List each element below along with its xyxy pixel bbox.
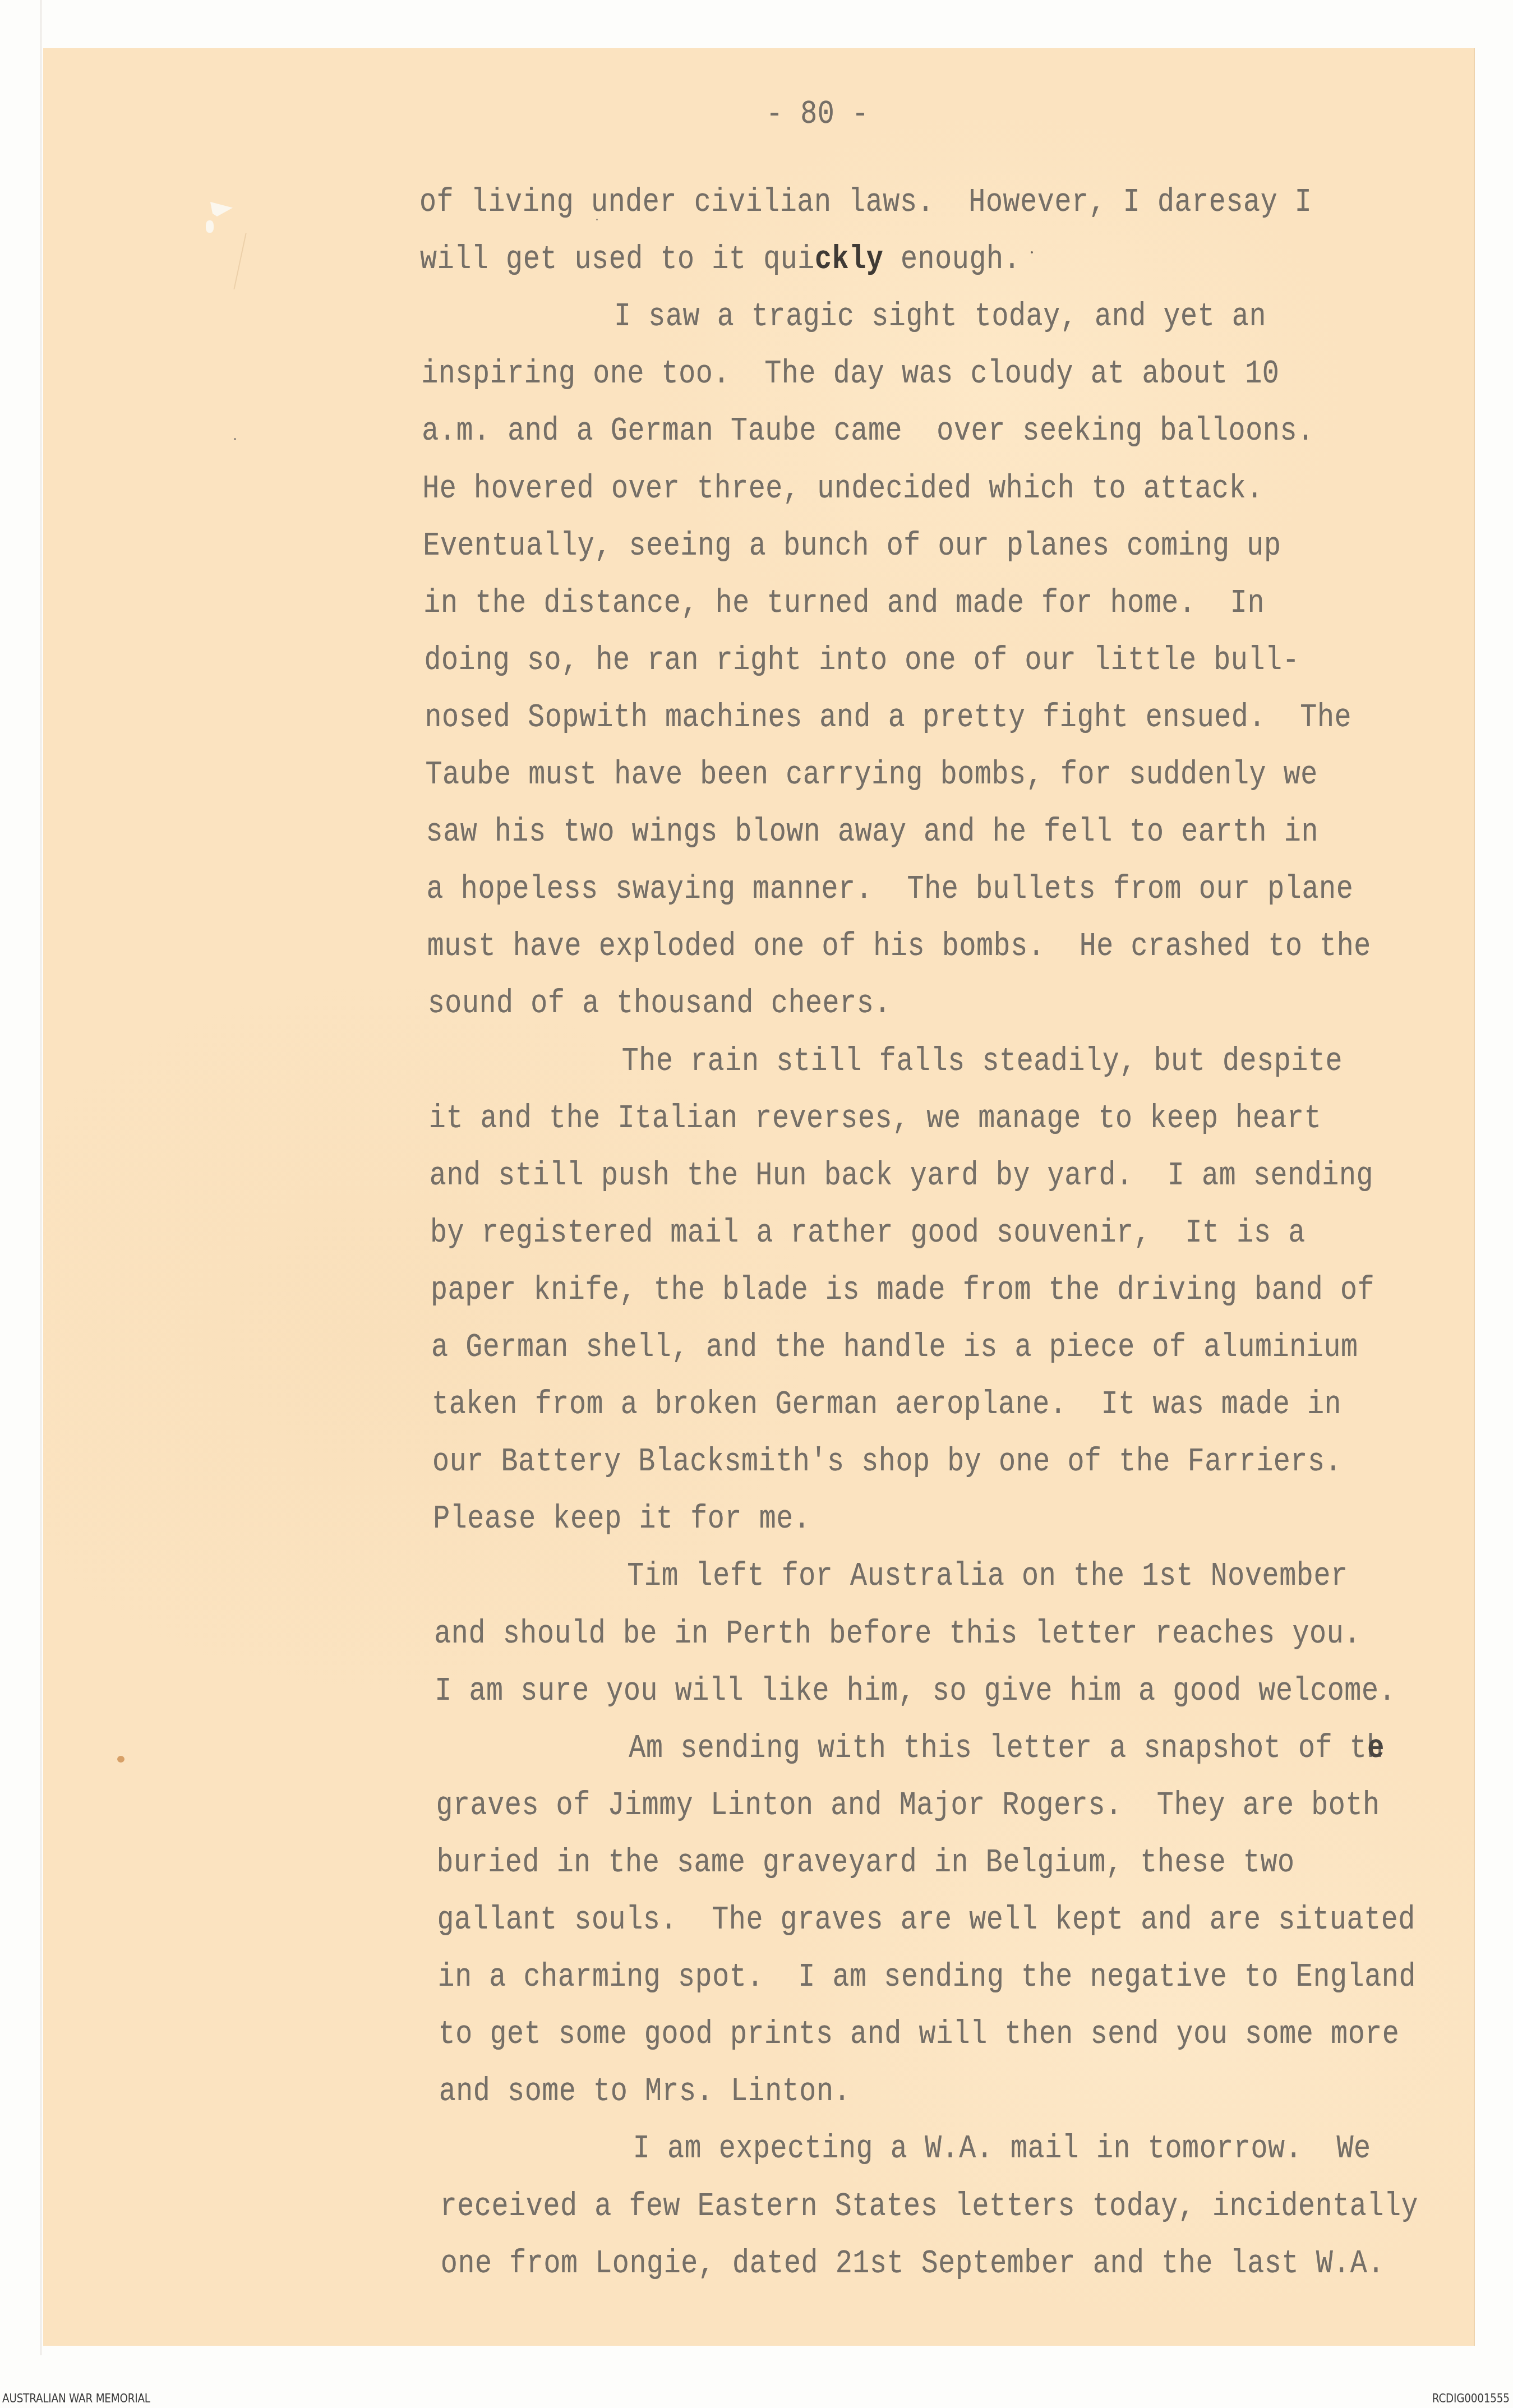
paper-tear: [210, 202, 233, 216]
paper-crease: [233, 233, 263, 289]
paragraph-first-line: I saw a tragic sight today, and yet an: [614, 298, 1266, 338]
text-line: must have exploded one of his bombs. He …: [427, 928, 1371, 967]
text-line: will get used to it quickly enough.: [420, 241, 1021, 280]
text-segment: Am sending with this letter a snapshot o…: [629, 1729, 1367, 1767]
overstrike-character: e: [1367, 1729, 1385, 1769]
retyped-text: ckly: [815, 241, 883, 279]
text-line: He hovered over three, undecided which t…: [422, 469, 1263, 509]
text-line: Eventually, seeing a bunch of our planes…: [423, 527, 1281, 566]
text-line: a hopeless swaying manner. The bullets f…: [427, 870, 1354, 910]
text-line: inspiring one too. The day was cloudy at…: [421, 355, 1279, 395]
text-line: a.m. and a German Taube came over seekin…: [422, 412, 1314, 452]
page-number: - 80 -: [766, 95, 869, 135]
text-line: it and the Italian reverses, we manage t…: [429, 1099, 1321, 1139]
text-line: gallant souls. The graves are well kept …: [437, 1901, 1415, 1941]
text-segment: enough.: [883, 241, 1021, 279]
text-line: graves of Jimmy Linton and Major Rogers.…: [436, 1786, 1380, 1826]
paper-tear: [206, 220, 214, 233]
text-line: of living under civilian laws. However, …: [419, 183, 1312, 223]
text-line: Taube must have been carrying bombs, for…: [426, 756, 1318, 796]
text-line: our Battery Blacksmith's shop by one of …: [432, 1443, 1342, 1483]
text-line: buried in the same graveyard in Belgium,…: [436, 1843, 1294, 1883]
text-line: by registered mail a rather good souveni…: [430, 1214, 1306, 1253]
text-line: one from Longie, dated 21st September an…: [441, 2244, 1385, 2284]
overstruck-character: he: [1367, 1729, 1384, 1769]
paper-speck: [234, 438, 236, 440]
paragraph-first-line: Tim left for Australia on the 1st Novemb…: [627, 1557, 1348, 1597]
text-line: I am sure you will like him, so give him…: [435, 1672, 1396, 1712]
text-segment: will get used to it qui: [420, 241, 815, 279]
text-line: in the distance, he turned and made for …: [423, 584, 1265, 624]
backing-sheet-edge: [40, 0, 42, 2355]
text-line: and still push the Hun back yard by yard…: [430, 1156, 1373, 1196]
text-line: and some to Mrs. Linton.: [439, 2073, 851, 2112]
paragraph-first-line: I am expecting a W.A. mail in tomorrow. …: [633, 2130, 1371, 2170]
text-line: saw his two wings blown away and he fell…: [426, 813, 1318, 853]
text-line: paper knife, the blade is made from the …: [431, 1271, 1374, 1311]
paragraph-first-line: Am sending with this letter a snapshot o…: [629, 1729, 1384, 1769]
text-line: in a charming spot. I am sending the neg…: [438, 1958, 1416, 1998]
text-line: doing so, he ran right into one of our l…: [424, 641, 1299, 681]
text-line: nosed Sopwith machines and a pretty figh…: [425, 698, 1351, 738]
paragraph-first-line: The rain still falls steadily, but despi…: [622, 1042, 1343, 1082]
item-id-caption: RCDIG0001555: [1432, 2392, 1510, 2405]
text-line: received a few Eastern States letters to…: [440, 2187, 1418, 2227]
text-line: a German shell, and the handle is a piec…: [431, 1328, 1358, 1368]
text-line: Please keep it for me.: [433, 1500, 810, 1540]
institution-caption: AUSTRALIAN WAR MEMORIAL: [2, 2392, 150, 2405]
text-line: and should be in Perth before this lette…: [434, 1614, 1361, 1654]
text-line: taken from a broken German aeroplane. It…: [432, 1386, 1341, 1426]
text-line: to get some good prints and will then se…: [439, 2015, 1400, 2055]
paper-speck: [1031, 251, 1033, 253]
text-line: sound of a thousand cheers.: [428, 985, 891, 1025]
document-viewer: - 80 - of living under civilian laws. Ho…: [0, 0, 1513, 2408]
paper-stain: [117, 1756, 124, 1763]
